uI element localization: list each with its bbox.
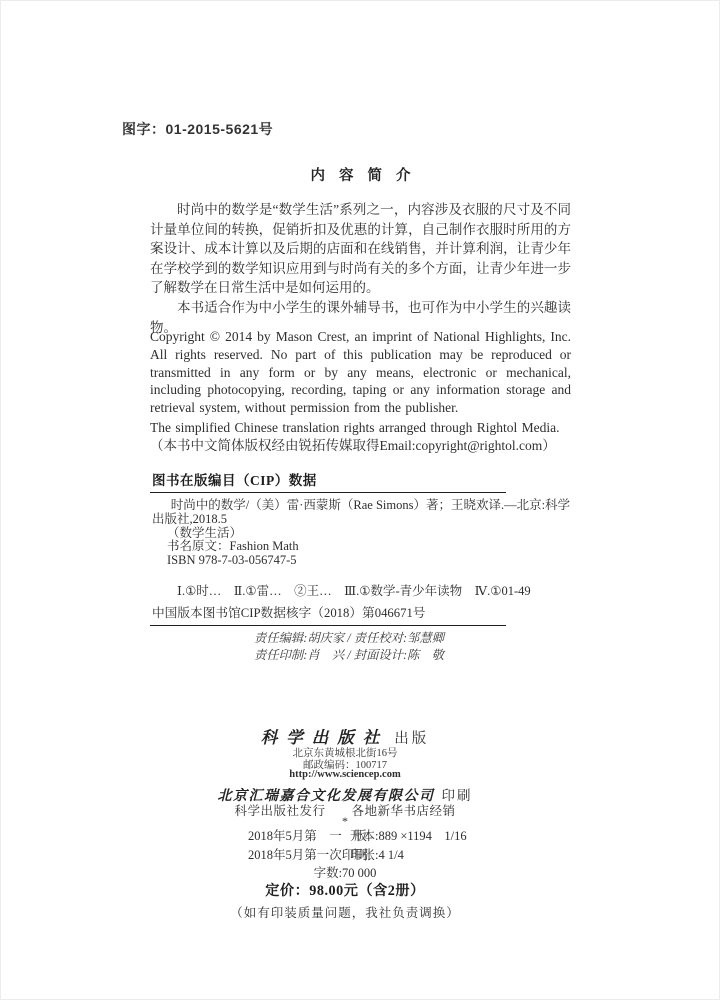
quality-note: （如有印装质量问题，我社负责调换） xyxy=(150,903,540,921)
cip-top-rule xyxy=(150,492,506,493)
cip-bottom-rule xyxy=(150,625,506,626)
cip-entry: 时尚中的数学/（美）雷·西蒙斯（Rae Simons）著；王晓欢译.—北京:科学… xyxy=(152,499,572,527)
intro-section-title: 内容简介 xyxy=(150,164,571,185)
word-count: 字数:70 000 xyxy=(150,863,540,881)
edition-left-column: 2018年5月第 一 版 2018年5月第一次印刷 xyxy=(248,827,367,864)
colophon-page: 图字：01-2015-5621号 内容简介 时尚中的数学是“数学生活”系列之一，… xyxy=(0,0,720,1000)
publisher-website: http://www.sciencep.com xyxy=(150,769,540,780)
translation-rights-english: The simplified Chinese translation right… xyxy=(150,419,571,437)
cip-original-title: 书名原文：Fashion Math xyxy=(152,540,572,554)
staff-line-editors: 责任编辑:胡庆家 / 责任校对:邹慧卿 xyxy=(150,630,548,647)
edition-line: 2018年5月第 一 版 xyxy=(248,827,367,846)
sheets-line: 印张:4 1/4 xyxy=(350,846,467,865)
copyright-english-text: Copyright © 2014 by Mason Crest, an impr… xyxy=(150,328,571,417)
edition-right-column: 开本:889 ×1194 1/16 印张:4 1/4 xyxy=(350,827,467,864)
intro-section: 时尚中的数学是“数学生活”系列之一，内容涉及衣服的尺寸及不同计量单位间的转换，促… xyxy=(150,200,571,337)
cip-heading: 图书在版编目（CIP）数据 xyxy=(152,469,317,489)
cip-record-block: 时尚中的数学/（美）雷·西蒙斯（Rae Simons）著；王晓欢译.—北京:科学… xyxy=(152,499,572,568)
cip-isbn: ISBN 978-7-03-056747-5 xyxy=(152,554,572,568)
printing-line: 2018年5月第一次印刷 xyxy=(248,846,367,865)
format-line: 开本:889 ×1194 1/16 xyxy=(350,827,467,846)
translation-rights-chinese: （本书中文简体版权经由锐拓传媒取得Email:copyright@rightol… xyxy=(150,437,571,455)
staff-credits: 责任编辑:胡庆家 / 责任校对:邹慧卿 责任印制:肖 兴 / 封面设计:陈 敬 xyxy=(150,630,548,664)
cip-classification: Ⅰ.①时… Ⅱ.①雷… ②王… Ⅲ.①数学-青少年读物 Ⅳ.①01-49 xyxy=(152,581,572,599)
price-line: 定价：98.00元（含2册） xyxy=(150,880,540,900)
intro-paragraph-1: 时尚中的数学是“数学生活”系列之一，内容涉及衣服的尺寸及不同计量单位间的转换，促… xyxy=(150,200,571,298)
copyright-section: Copyright © 2014 by Mason Crest, an impr… xyxy=(150,328,571,455)
staff-line-print-design: 责任印制:肖 兴 / 封面设计:陈 敬 xyxy=(150,647,548,664)
cip-record-number: 中国版本图书馆CIP数据核字（2018）第046671号 xyxy=(152,602,426,621)
registration-number: 图字：01-2015-5621号 xyxy=(122,119,273,139)
